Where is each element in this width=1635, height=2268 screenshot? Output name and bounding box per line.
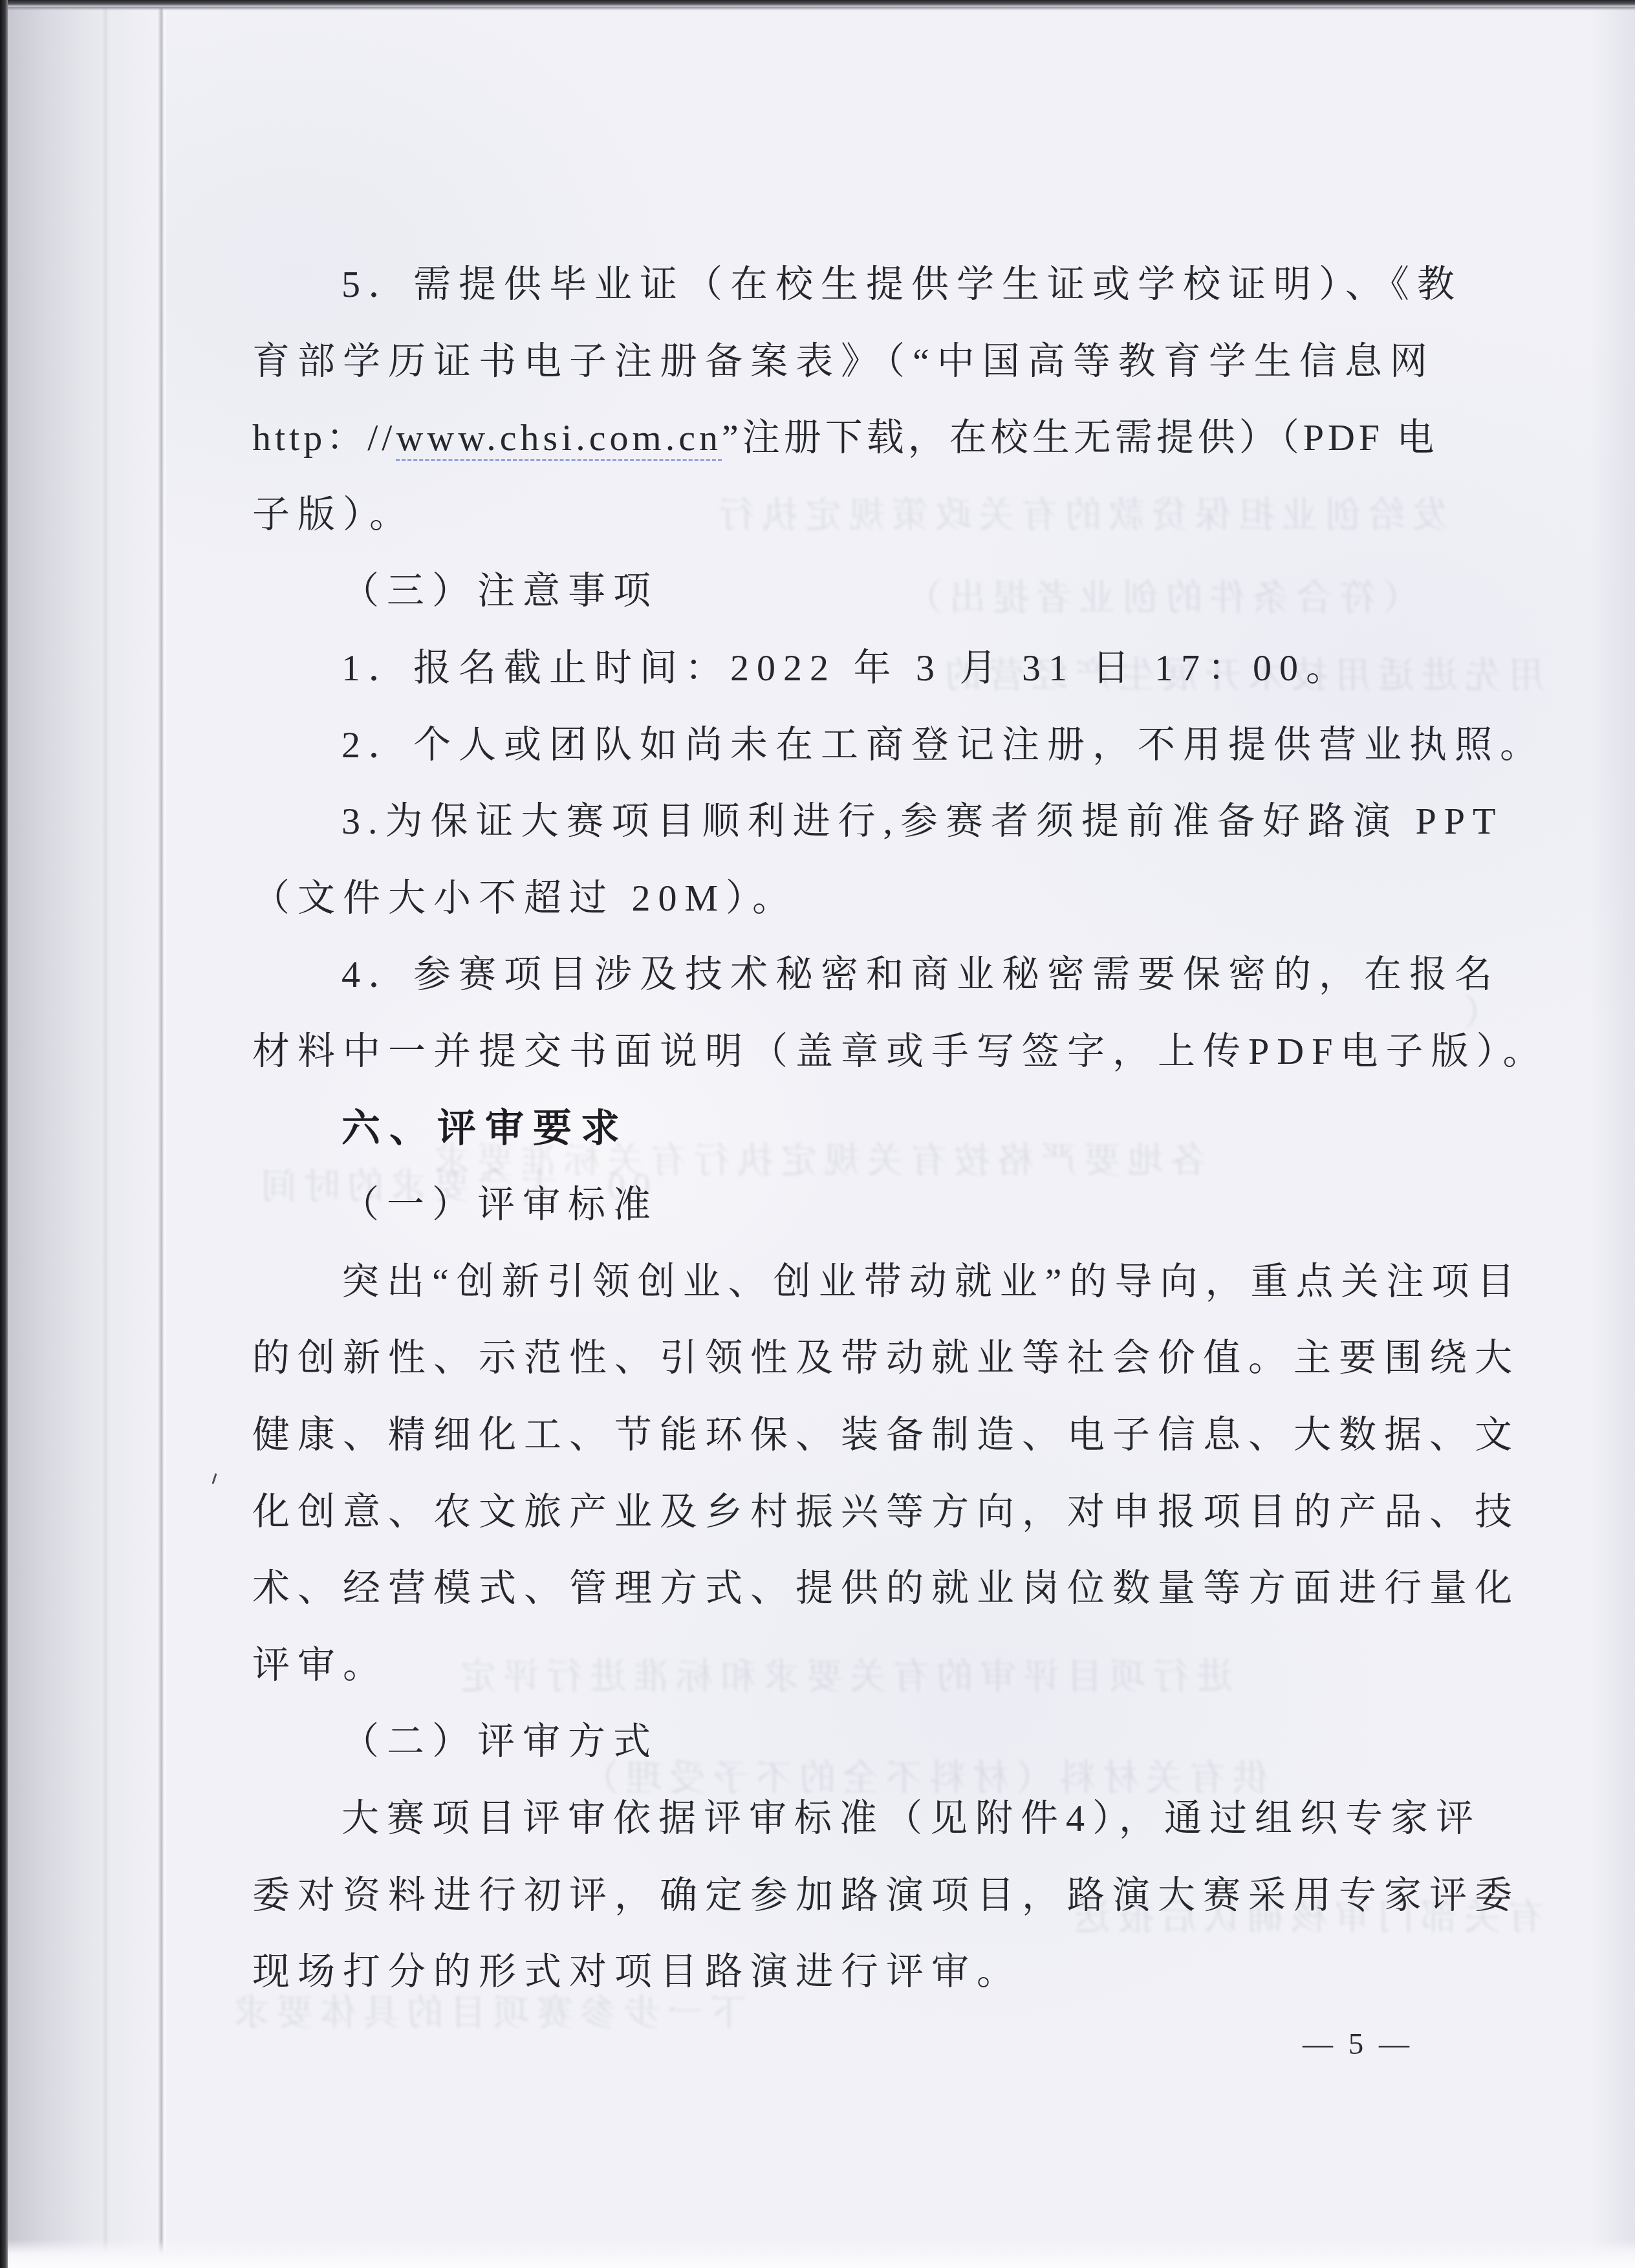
text-line: 现场打分的形式对项目路演进行评审。 (252, 1948, 1022, 1996)
scan-bottom-band (0, 2240, 1635, 2268)
text-line: 健康、精细化工、节能环保、装备制造、电子信息、大数据、文 (252, 1411, 1520, 1459)
text-line: 1．报名截止时间：2022 年 3 月 31 日 17：00。 (341, 644, 1351, 692)
text-line: 评审。 (252, 1641, 388, 1689)
text-line: http：//www.chsi.com.cn”注册下载，在校生无需提供）（PDF… (252, 414, 1438, 462)
hyperlink-url: www.chsi.com.cn (396, 416, 721, 461)
url-prefix: http：// (252, 416, 396, 459)
page-number: — 5 — (1303, 2027, 1413, 2062)
text-line: 材料中一并提交书面说明（盖章或手写签字，上传PDF电子版）。 (252, 1028, 1548, 1075)
text-line: 子版）。 (252, 491, 415, 539)
text-line: 育部学历证书电子注册备案表》（“中国高等教育学生信息网 (252, 338, 1435, 385)
text-line: （文件大小不超过 20M）。 (252, 874, 797, 922)
document-text: 5．需提供毕业证（在校生提供学生证或学校证明）、《教育部学历证书电子注册备案表》… (0, 0, 1635, 2268)
text-line: （三）注意事项 (341, 567, 658, 615)
text-line: 突出“创新引领创业、创业带动就业”的导向，重点关注项目 (341, 1258, 1522, 1306)
text-line: 大赛项目评审依据评审标准（见附件4），通过组织专家评 (341, 1795, 1481, 1842)
text-line: （二）评审方式 (341, 1718, 658, 1766)
scanner-edge-left (0, 0, 8, 2268)
scanner-edge-top (0, 0, 1635, 10)
text-line: 5．需提供毕业证（在校生提供学生证或学校证明）、《教 (341, 261, 1462, 308)
text-line: 术、经营模式、管理方式、提供的就业岗位数量等方面进行量化 (252, 1564, 1520, 1612)
section-heading: 六、评审要求 (341, 1105, 629, 1152)
url-suffix: ”注册下载，在校生无需提供）（PDF 电 (722, 416, 1438, 459)
text-line: 的创新性、示范性、引领性及带动就业等社会价值。主要围绕大 (252, 1334, 1520, 1382)
text-line: 2．个人或团队如尚未在工商登记注册，不用提供营业执照。 (341, 721, 1545, 769)
text-line: 3.为保证大赛项目顺利进行,参赛者须提前准备好路演 PPT (341, 797, 1503, 845)
scanned-document-page: 发给创业担保贷款的有关政策规定执行（符合条件的创业者提出）用先进适用技术开展生产… (0, 0, 1635, 2268)
text-line: 4．参赛项目涉及技术秘密和商业秘密需要保密的，在报名 (341, 951, 1500, 999)
text-line: 化创意、农文旅产业及乡村振兴等方向，对申报项目的产品、技 (252, 1488, 1520, 1536)
text-line: （一）评审标准 (341, 1181, 658, 1229)
text-line: 委对资料进行初评，确定参加路演项目，路演大赛采用专家评委 (252, 1872, 1520, 1919)
